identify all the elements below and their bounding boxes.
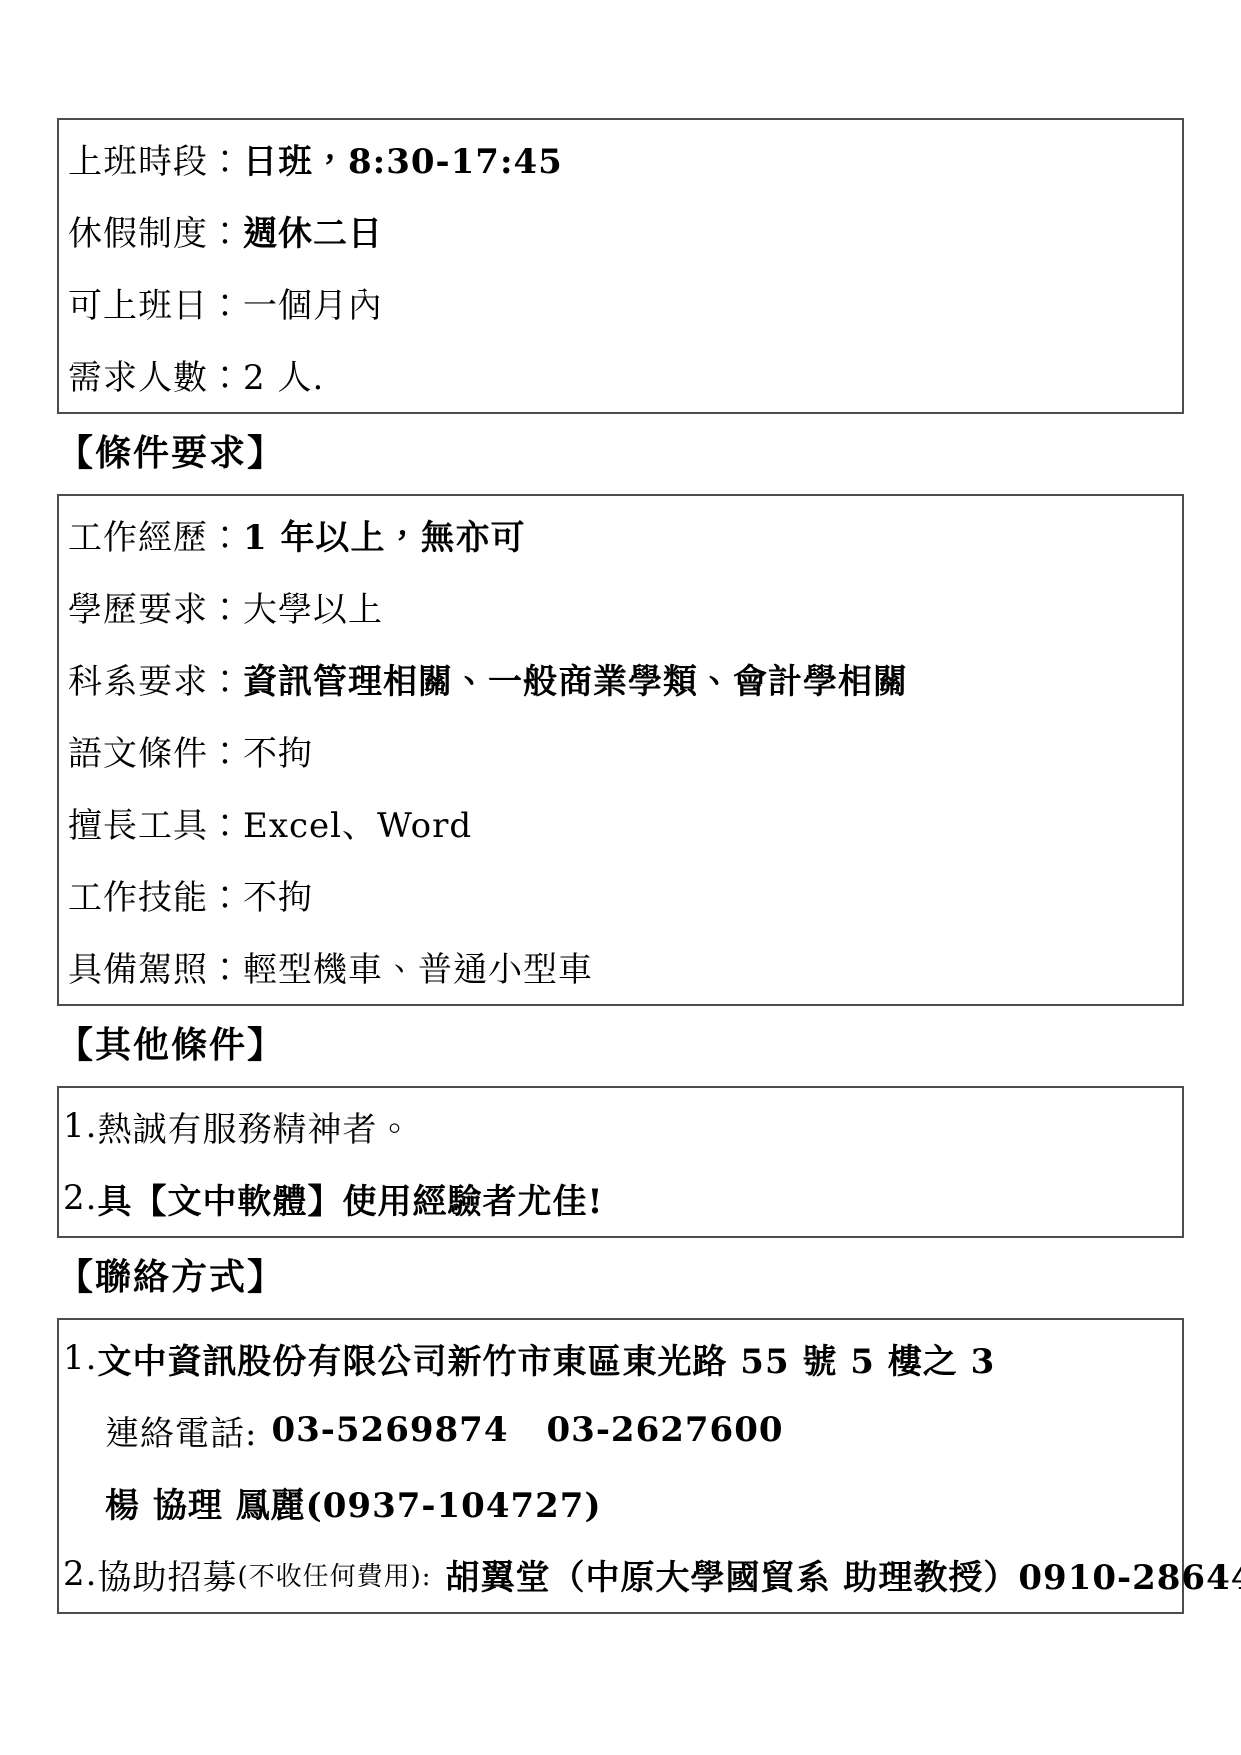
field-label: 具備駕照： [68, 942, 243, 991]
field-value: 大學以上 [243, 582, 383, 631]
contact-person-row: 楊 協理 鳳麗(0937-104727) [59, 1466, 1182, 1538]
field-row: 可上班日： 一個月內 [59, 266, 1182, 338]
field-value: 1 年以上，無亦可 [243, 510, 526, 559]
field-row: 科系要求： 資訊管理相關、一般商業學類、會計學相關 [59, 642, 1182, 714]
recruit-fee-note: (不收任何費用): [237, 1556, 431, 1593]
field-value: 一個月內 [243, 278, 383, 327]
field-label: 工作經歷： [68, 510, 243, 559]
field-label: 學歷要求： [68, 582, 243, 631]
field-value: 週休二日 [243, 206, 383, 255]
other-conditions-box: 1. 熱誠有服務精神者。 2. 具【文中軟體】使用經驗者尤佳! [57, 1086, 1184, 1238]
recruit-contact: 胡翼堂（中原大學國貿系 助理教授）0910-286448 [446, 1550, 1241, 1599]
section-heading-other-conditions: 【其他條件】 [57, 1026, 1184, 1064]
field-label: 擅長工具： [68, 798, 243, 847]
field-row: 休假制度： 週休二日 [59, 194, 1182, 266]
list-item-number: 1. [63, 1338, 97, 1378]
list-item-text: 熱誠有服務精神者。 [97, 1102, 412, 1151]
list-item: 2. 具【文中軟體】使用經驗者尤佳! [59, 1162, 1182, 1234]
contact-box: 1. 文中資訊股份有限公司新竹市東區東光路 55 號 5 樓之 3 連絡電話: … [57, 1318, 1184, 1614]
field-value: Excel、Word [243, 798, 472, 847]
recruit-help-text: 協助招募 [97, 1550, 237, 1599]
field-row: 工作技能： 不拘 [59, 858, 1182, 930]
list-item-number: 1. [63, 1106, 97, 1146]
field-value: 2 人. [243, 350, 324, 399]
phone-number-2: 03-2627600 [547, 1410, 784, 1450]
phone-label: 連絡電話: [105, 1406, 257, 1455]
requirements-box: 工作經歷： 1 年以上，無亦可 學歷要求： 大學以上 科系要求： 資訊管理相關、… [57, 494, 1184, 1006]
field-label: 工作技能： [68, 870, 243, 919]
field-label: 語文條件： [68, 726, 243, 775]
document-page: 上班時段： 日班，8:30-17:45 休假制度： 週休二日 可上班日： 一個月… [0, 0, 1241, 1755]
field-value: 不拘 [243, 870, 313, 919]
recruit-help-row: 2. 協助招募 (不收任何費用): 胡翼堂（中原大學國貿系 助理教授）0910-… [59, 1538, 1182, 1610]
schedule-box: 上班時段： 日班，8:30-17:45 休假制度： 週休二日 可上班日： 一個月… [57, 118, 1184, 414]
field-row: 上班時段： 日班，8:30-17:45 [59, 122, 1182, 194]
field-row: 工作經歷： 1 年以上，無亦可 [59, 498, 1182, 570]
field-row: 語文條件： 不拘 [59, 714, 1182, 786]
phone-number-1: 03-5269874 [271, 1410, 508, 1450]
company-address-row: 1. 文中資訊股份有限公司新竹市東區東光路 55 號 5 樓之 3 [59, 1322, 1182, 1394]
field-label: 休假制度： [68, 206, 243, 255]
list-item-number: 2. [63, 1554, 97, 1594]
field-row: 學歷要求： 大學以上 [59, 570, 1182, 642]
field-value: 輕型機車、普通小型車 [243, 942, 593, 991]
field-value: 日班，8:30-17:45 [243, 134, 563, 183]
section-heading-requirements: 【條件要求】 [57, 434, 1184, 472]
field-row: 具備駕照： 輕型機車、普通小型車 [59, 930, 1182, 1002]
phone-row: 連絡電話: 03-5269874 03-2627600 [59, 1394, 1182, 1466]
field-label: 科系要求： [68, 654, 243, 703]
field-row: 擅長工具： Excel、Word [59, 786, 1182, 858]
field-row: 需求人數： 2 人. [59, 338, 1182, 410]
field-label: 上班時段： [68, 134, 243, 183]
field-label: 可上班日： [68, 278, 243, 327]
field-value: 資訊管理相關、一般商業學類、會計學相關 [243, 654, 908, 703]
list-item-number: 2. [63, 1178, 97, 1218]
company-address: 文中資訊股份有限公司新竹市東區東光路 55 號 5 樓之 3 [97, 1334, 995, 1383]
contact-person: 楊 協理 鳳麗(0937-104727) [105, 1478, 602, 1527]
list-item: 1. 熱誠有服務精神者。 [59, 1090, 1182, 1162]
section-heading-contact: 【聯絡方式】 [57, 1258, 1184, 1296]
list-item-text: 具【文中軟體】使用經驗者尤佳! [97, 1174, 603, 1223]
field-value: 不拘 [243, 726, 313, 775]
field-label: 需求人數： [68, 350, 243, 399]
